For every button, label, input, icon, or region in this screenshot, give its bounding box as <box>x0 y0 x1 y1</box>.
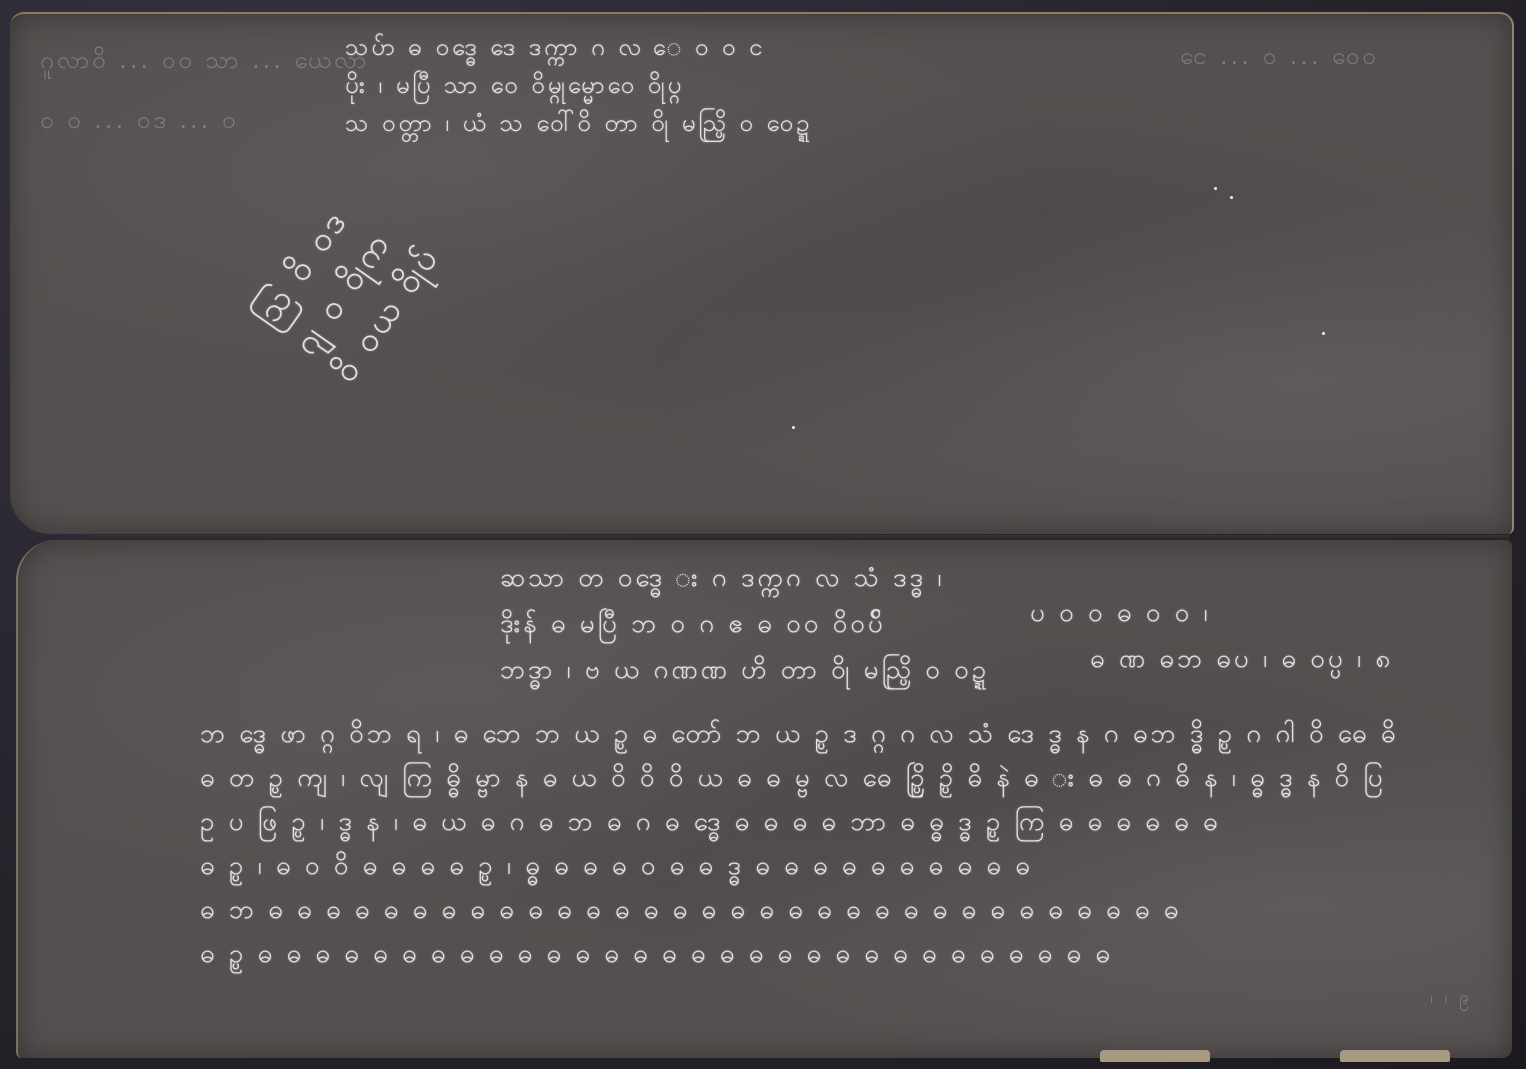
side-inscription: ပ ၀ ဝ ဓ ၀ ၀ ၊ ဓ ဏ ဓဘ ဓပ ၊ ဓ ဝပ္ပ ၊ ၈ <box>1030 590 1393 682</box>
chalk-speck <box>792 426 795 429</box>
text-line: ဘဒ္ဓာ ၊ ဗ ယ ဂဏဏ ဟိ တာ ၀ို မည္ပြိ ၀ ၀ဍ္ဍ <box>500 647 989 693</box>
page-number-mark: ၊ ၊ ၉ <box>1430 985 1472 1012</box>
erased-text-left: ဂူလာဝိ ... ၀၀ သာ ... ယေလာ ၀ ၀ ... ၀ဒ ...… <box>40 30 369 150</box>
text-line: သပ်ာ ဓ ၀ဒ္ဓေ ဒေ ဒက္ကာ ဂ လ ေ ဝ ၀ င <box>345 28 812 66</box>
erased-text-right: ငေ ... ဝ ... ၀ေ၀ <box>1180 40 1379 76</box>
text-line: ဆသာ တ ၀ဒ္ဓေ း ဂ ဒက္ကဂ လ သံ ဒဒ္ဓ ၊ <box>500 555 989 601</box>
text-line: ဒိုးန် ဓ မပြီ ဘ ၀ ဂ ဧ ဓ ဝဝ ၀ိဝပ်ိ <box>500 601 989 647</box>
text-line: ဓ ဥ္ပ ၊ ဓ ဝ ဝိ ဓ ဓ ဓ ဓ ဥ္ပ ၊ ဓ္ဓ ဓ ဓ ဓ ဝ… <box>200 844 1399 888</box>
text-line: ဥ ပ ဖြ ဥ္ပ ၊ ဒ္ဓ န ၊ ဓ ယ ဓ ဂ ဓ ဘ ဓ ဂ ဓ ဒ… <box>200 800 1399 844</box>
chalk-speck <box>1214 187 1217 190</box>
top-header-inscription: သပ်ာ ဓ ၀ဒ္ဓေ ဒေ ဒက္ကာ ဂ လ ေ ဝ ၀ င ပိုး ၊… <box>345 28 812 142</box>
text-line: ဘ ဒ္ဓေ ဖာ ဂ္ဂ ဝိဘ ရ ၊ ဓ ဘေ ဘ ယ ဥ္ပ ဓ တော… <box>200 712 1399 756</box>
bottom-title-inscription: ဆသာ တ ၀ဒ္ဓေ း ဂ ဒက္ကဂ လ သံ ဒဒ္ဓ ၊ ဒိုးန်… <box>500 555 989 693</box>
torn-edge <box>1340 1050 1450 1062</box>
text-line: ဓ တ ဥ္ပ ကျ ၊ လျ ကြ ဓ္ဓိ မ္ဗာ န ဓ ယ ဝိ ဝိ… <box>200 756 1399 800</box>
chalk-speck <box>1322 332 1325 335</box>
torn-edge <box>1100 1050 1210 1062</box>
text-line: သ ၀တ္တာ ၊ ယံ သ ၀ေါ်ဝိ တာ ၀ို မည္ပြိ ၀ ဝေ… <box>345 104 812 142</box>
text-line: ဓ ဘ ဓ ဓ ဓ ဓ ဓ ဓ ဓ ဓ ဓ ဓ ဓ ဓ ဓ ဓ ဓ ဓ ဓ ဓ … <box>200 888 1399 932</box>
text-line: ပ ၀ ဝ ဓ ၀ ၀ ၊ <box>1030 590 1393 636</box>
main-body-text: ဘ ဒ္ဓေ ဖာ ဂ္ဂ ဝိဘ ရ ၊ ဓ ဘေ ဘ ယ ဥ္ပ ဓ တော… <box>200 712 1399 976</box>
chalk-speck <box>1230 196 1233 199</box>
fold-crease <box>90 535 1510 539</box>
text-line: ဓ ဏ ဓဘ ဓပ ၊ ဓ ဝပ္ပ ၊ ၈ <box>1090 636 1393 682</box>
text-line: ပိုး ၊ မပြီ သာ ၀ေ ဝိမ္ဂုမ္မောဝေ ၀ိုပ္ဂ <box>345 66 812 104</box>
text-line: ဓ ဥ္ပ ဓ ဓ ဓ ဓ ဓ ဓ ဓ ဓ ဓ ဓ ဓ ဓ ဓ ဓ ဓ ဓ ဓ … <box>200 932 1399 976</box>
